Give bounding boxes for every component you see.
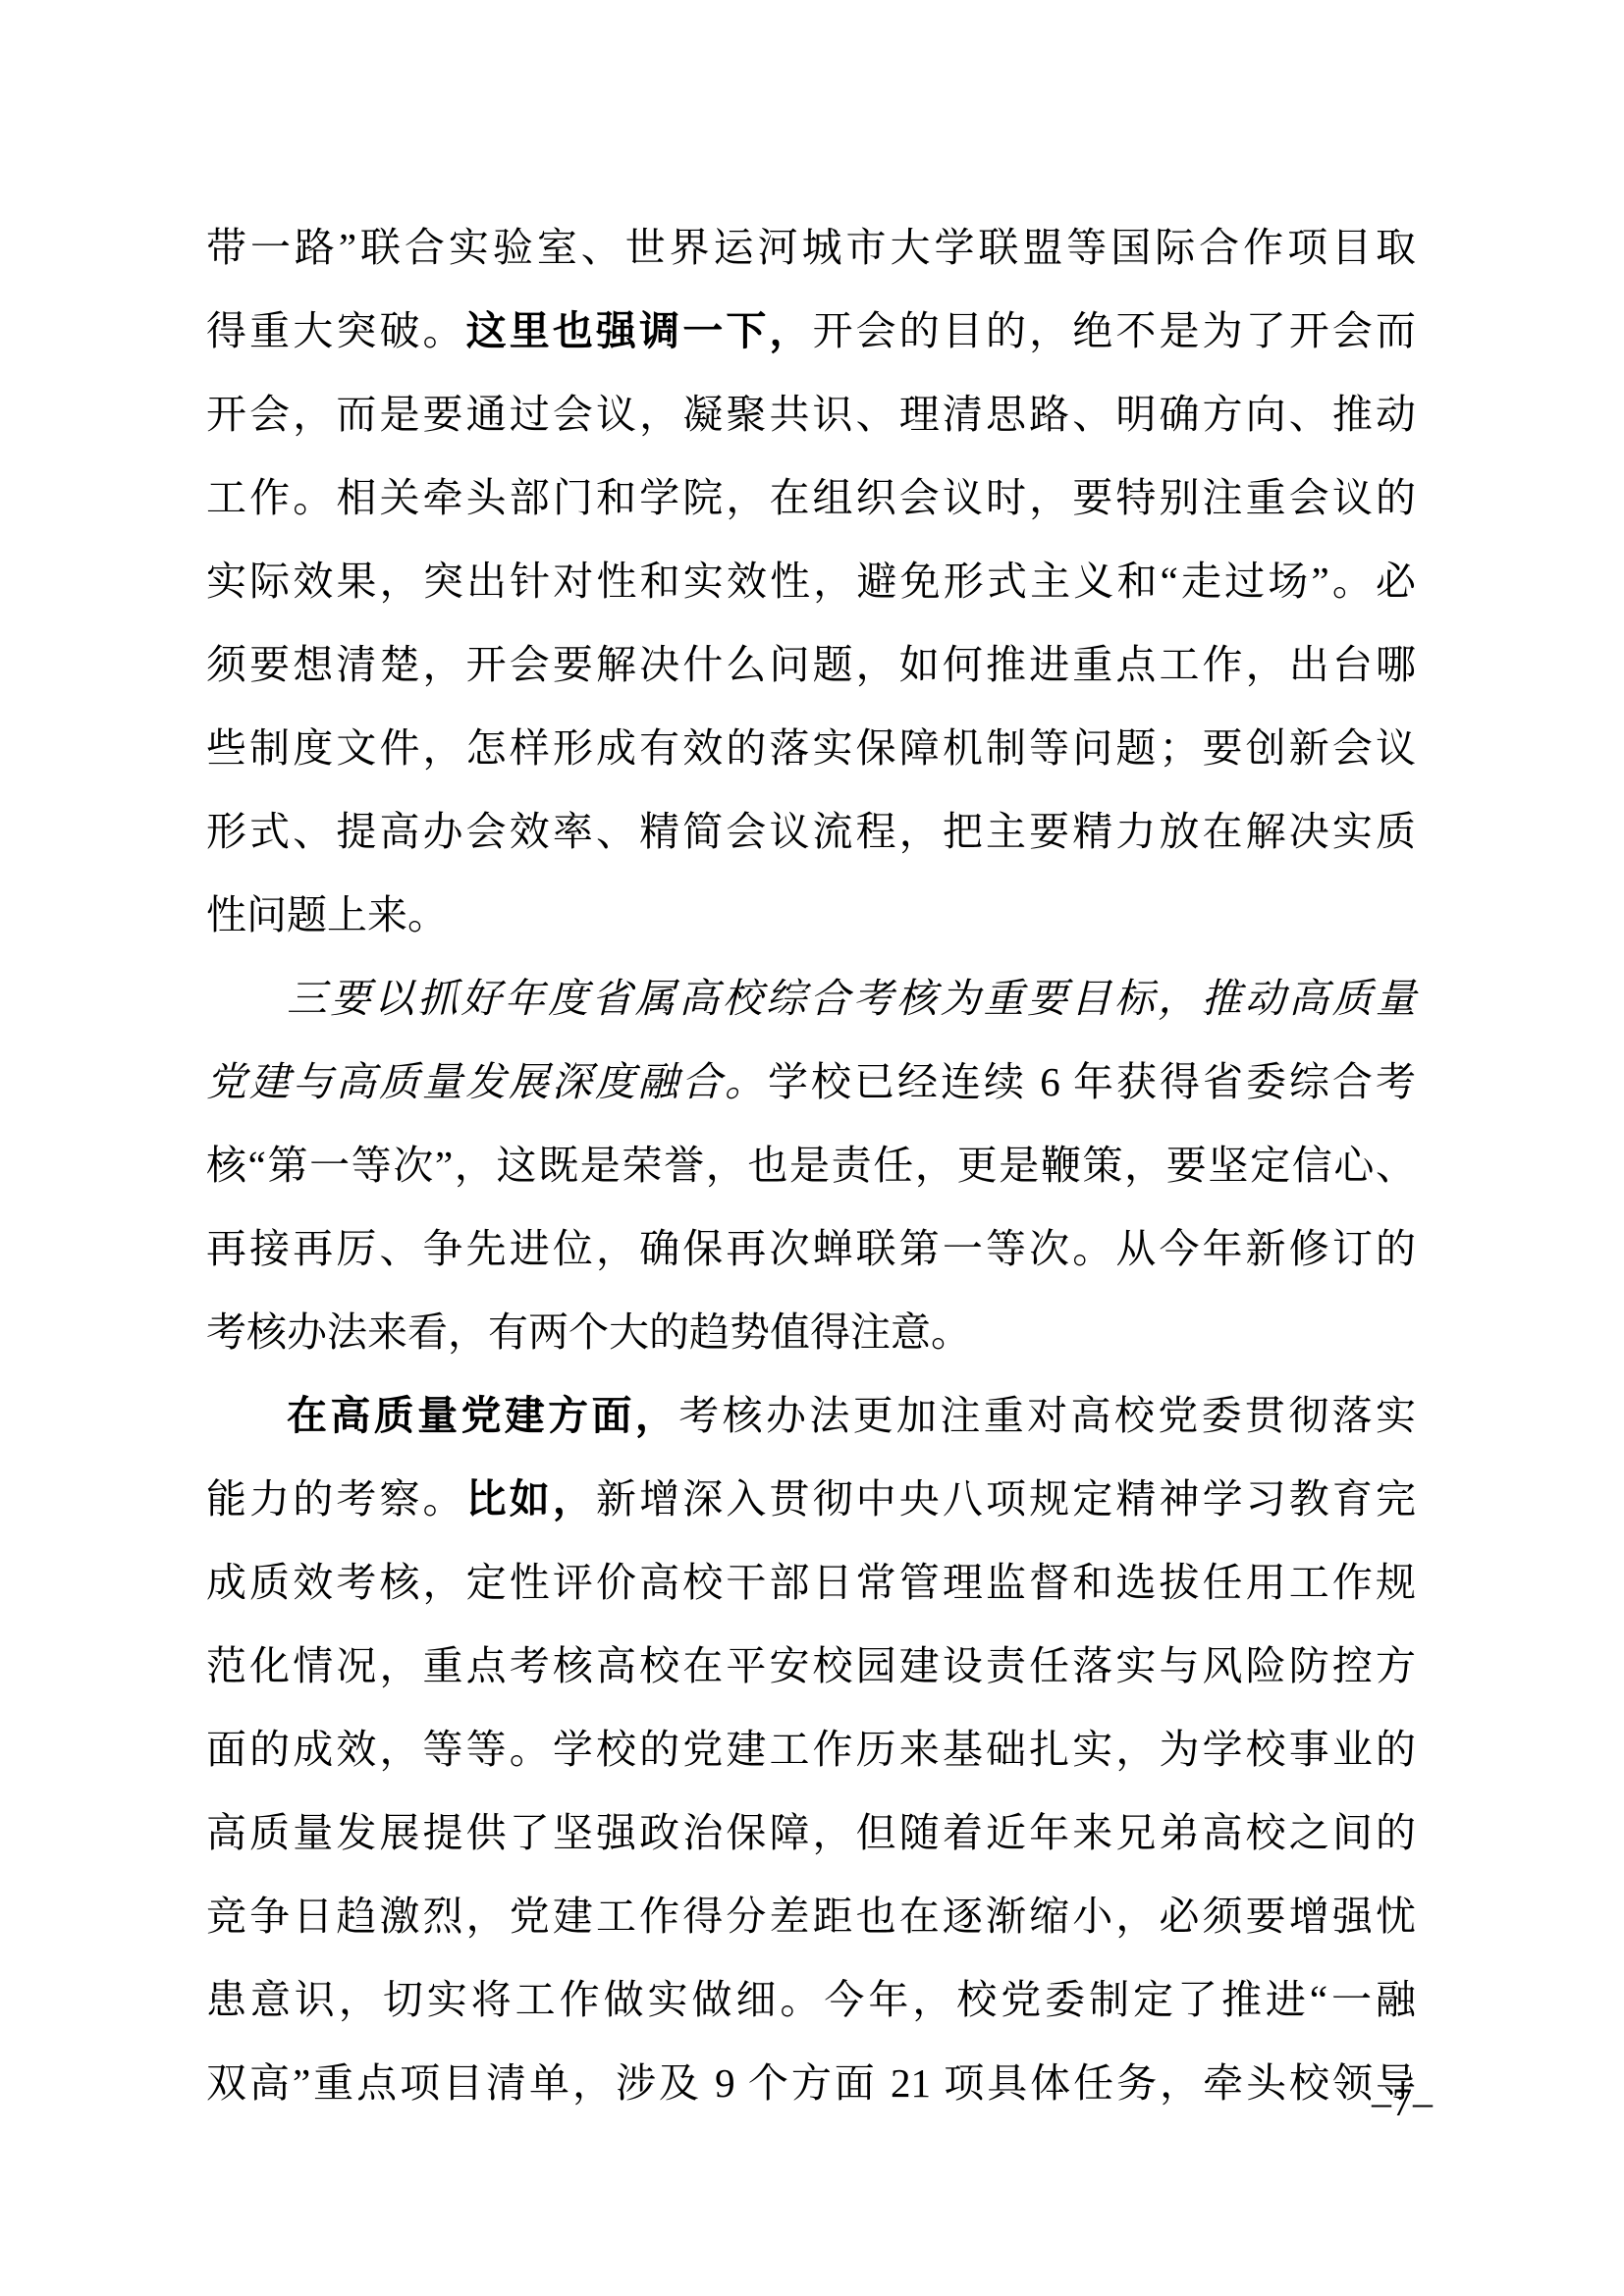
text-line: 竞争日趋激烈，党建工作得分差距也在逐渐缩小，必须要增强忧: [206, 1875, 1416, 1958]
text-line: 核“第一等次”，这既是荣誉，也是责任，更是鞭策，要坚定信心、: [206, 1124, 1416, 1207]
text-line: 高质量发展提供了坚强政治保障，但随着近年来兄弟高校之间的: [206, 1791, 1416, 1875]
text-run: 核“第一等次”，这既是荣誉，也是责任，更是鞭策，要坚定信心、: [206, 1143, 1416, 1188]
text-line: 再接再厉、争先进位，确保再次蝉联第一等次。从今年新修订的: [206, 1207, 1416, 1291]
text-line: 双高”重点项目清单，涉及 9 个方面 21 项具体任务，牵头校领导: [206, 2042, 1416, 2125]
text-run: 竞争日趋激烈，党建工作得分差距也在逐渐缩小，必须要增强忧: [206, 1894, 1416, 1939]
text-run: 开会的目的，绝不是为了开会而: [813, 308, 1416, 353]
text-line: 范化情况，重点考核高校在平安校园建设责任落实与风险防控方: [206, 1625, 1416, 1708]
text-run: 面的成效，等等。学校的党建工作历来基础扎实，为学校事业的: [206, 1727, 1416, 1772]
text-run: 双高”重点项目清单，涉及 9 个方面 21 项具体任务，牵头校领导: [206, 2060, 1416, 2106]
text-run: 新增深入贯彻中央八项规定精神学习教育完: [596, 1476, 1416, 1522]
page-number: –7–: [1355, 2073, 1434, 2132]
text-run: 实际效果，突出针对性和实效性，避免形式主义和“走过场”。必: [206, 559, 1416, 604]
text-run: 些制度文件，怎样形成有效的落实保障机制等问题；要创新会议: [206, 725, 1416, 771]
text-run: 再接再厉、争先进位，确保再次蝉联第一等次。从今年新修订的: [206, 1226, 1416, 1271]
text-run: 三要以抓好年度省属高校综合考核为重要目标，推动高质量: [287, 976, 1416, 1021]
document-text-block: 带一路”联合实验室、世界运河城市大学联盟等国际合作项目取得重大突破。这里也强调一…: [206, 206, 1416, 2125]
text-line: 开会，而是要通过会议，凝聚共识、理清思路、明确方向、推动: [206, 373, 1416, 456]
text-line: 工作。相关牵头部门和学院，在组织会议时，要特别注重会议的: [206, 456, 1416, 540]
text-run: 党建与高质量发展深度融合。: [206, 1059, 768, 1104]
text-line: 些制度文件，怎样形成有效的落实保障机制等问题；要创新会议: [206, 707, 1416, 790]
text-line: 面的成效，等等。学校的党建工作历来基础扎实，为学校事业的: [206, 1708, 1416, 1791]
text-line: 带一路”联合实验室、世界运河城市大学联盟等国际合作项目取: [206, 206, 1416, 290]
text-line: 实际效果，突出针对性和实效性，避免形式主义和“走过场”。必: [206, 540, 1416, 623]
text-run: 这里也强调一下，: [466, 308, 813, 353]
text-run: 成质效考核，定性评价高校干部日常管理监督和选拔任用工作规: [206, 1560, 1416, 1605]
text-line: 患意识，切实将工作做实做细。今年，校党委制定了推进“一融: [206, 1958, 1416, 2042]
text-line: 三要以抓好年度省属高校综合考核为重要目标，推动高质量: [206, 957, 1416, 1041]
text-line: 须要想清楚，开会要解决什么问题，如何推进重点工作，出台哪: [206, 623, 1416, 707]
text-line: 形式、提高办会效率、精简会议流程，把主要精力放在解决实质: [206, 790, 1416, 874]
text-run: 工作。相关牵头部门和学院，在组织会议时，要特别注重会议的: [206, 475, 1416, 520]
text-run: 须要想清楚，开会要解决什么问题，如何推进重点工作，出台哪: [206, 642, 1416, 687]
text-run: 性问题上来。: [206, 892, 448, 937]
text-line: 成质效考核，定性评价高校干部日常管理监督和选拔任用工作规: [206, 1541, 1416, 1625]
text-run: 学校已经连续 6 年获得省委综合考: [768, 1059, 1416, 1104]
text-line: 在高质量党建方面，考核办法更加注重对高校党委贯彻落实: [206, 1374, 1416, 1458]
text-run: 形式、提高办会效率、精简会议流程，把主要精力放在解决实质: [206, 809, 1416, 854]
text-line: 得重大突破。这里也强调一下，开会的目的，绝不是为了开会而: [206, 290, 1416, 373]
text-run: 在高质量党建方面，: [287, 1393, 678, 1438]
document-page: 带一路”联合实验室、世界运河城市大学联盟等国际合作项目取得重大突破。这里也强调一…: [0, 0, 1624, 2296]
text-line: 党建与高质量发展深度融合。学校已经连续 6 年获得省委综合考: [206, 1041, 1416, 1124]
text-run: 患意识，切实将工作做实做细。今年，校党委制定了推进“一融: [206, 1977, 1416, 2022]
text-run: 带一路”联合实验室、世界运河城市大学联盟等国际合作项目取: [206, 225, 1416, 270]
text-run: 能力的考察。: [206, 1476, 466, 1522]
text-run: 考核办法来看，有两个大的趋势值得注意。: [206, 1309, 971, 1355]
text-run: 得重大突破。: [206, 308, 466, 353]
text-run: 考核办法更加注重对高校党委贯彻落实: [678, 1393, 1416, 1438]
text-run: 高质量发展提供了坚强政治保障，但随着近年来兄弟高校之间的: [206, 1810, 1416, 1855]
text-run: 比如，: [466, 1476, 596, 1522]
text-line: 考核办法来看，有两个大的趋势值得注意。: [206, 1291, 1416, 1374]
text-run: 范化情况，重点考核高校在平安校园建设责任落实与风险防控方: [206, 1643, 1416, 1688]
text-line: 能力的考察。比如，新增深入贯彻中央八项规定精神学习教育完: [206, 1458, 1416, 1541]
text-line: 性问题上来。: [206, 874, 1416, 957]
text-run: 开会，而是要通过会议，凝聚共识、理清思路、明确方向、推动: [206, 392, 1416, 437]
